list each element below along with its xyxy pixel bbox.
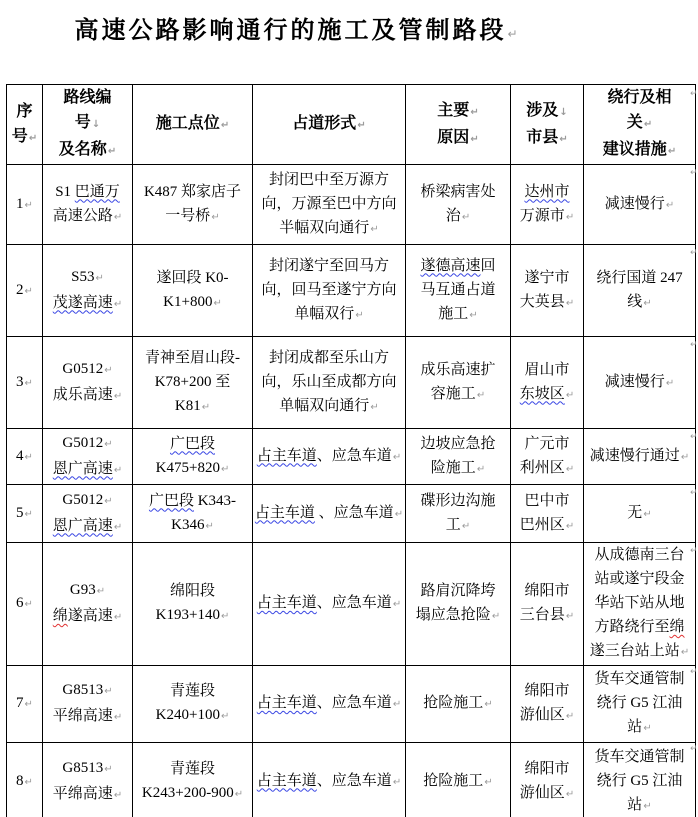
cell-end-mark: ↵ xyxy=(666,378,674,389)
cell-end-mark: ↵ xyxy=(114,465,122,476)
text-run: 涉及 xyxy=(526,102,558,119)
cell-line: K81↵ xyxy=(134,394,251,420)
cell-line: 大英县↵ xyxy=(512,290,582,316)
header-row: 序号↵路线编号↓及名称↵施工点位↵占道形式↵主要↵原因↵涉及↓市县↵绕行及相关↵… xyxy=(7,85,696,165)
text-run: G5012 xyxy=(62,492,103,508)
cell-end-mark: ↵ xyxy=(566,521,574,532)
table-cell: G8513↵平绵高速↵ xyxy=(43,743,133,817)
text-run: 路肩沉降垮 xyxy=(420,583,495,599)
text-run: 绵阳段 xyxy=(170,583,215,599)
cell-end-mark: ↵ xyxy=(104,439,112,450)
text-run: 向，回马至遂宁方向 xyxy=(261,282,396,298)
text-run: 占道形式 xyxy=(292,115,356,132)
cell-end-mark: ↵ xyxy=(357,120,365,131)
cell-line: 抢险施工↵ xyxy=(407,691,509,717)
cell-end-mark: ↵ xyxy=(25,452,33,463)
table-cell: 绵阳市三台县↵ xyxy=(511,543,584,666)
cell-end-mark: ↵ xyxy=(211,212,219,223)
cell-line: 绵阳市 xyxy=(512,679,582,703)
cell-line: 2↵ xyxy=(8,278,41,304)
cell-line: S53↵ xyxy=(44,265,131,291)
cell-end-mark: ↵ xyxy=(643,298,651,309)
cell-line: 巴州区↵ xyxy=(512,513,582,539)
cell-end-mark: ↵ xyxy=(462,521,470,532)
cell-end-mark: ↵ xyxy=(235,789,243,800)
text-run: 青神至眉山段- xyxy=(145,350,240,366)
cell-line: 5↵ xyxy=(8,501,41,527)
text-run: 绕行国道 247 xyxy=(596,270,682,286)
text-run: S53 xyxy=(71,269,94,285)
cell-line: 序 xyxy=(8,99,41,124)
text-run: 青莲段 xyxy=(170,683,215,699)
text-run: 巴中市 xyxy=(524,493,569,509)
table-cell: S53↵茂遂高速↵ xyxy=(43,245,133,337)
cell-line: 绵阳市 xyxy=(512,579,582,603)
cell-end-mark: ↵ xyxy=(643,723,651,734)
cell-line: 向，回马至遂宁方向 xyxy=(254,278,404,302)
text-run: 序 xyxy=(16,103,32,120)
table-row: 2↵S53↵茂遂高速↵遂回段 K0-K1+800↵封闭遂宁至回马方向，回马至遂宁… xyxy=(7,245,696,337)
text-run: 广元市 xyxy=(524,436,569,452)
cell-line: 绕行国道 247 xyxy=(585,266,694,290)
text-run: 眉山市 xyxy=(524,362,569,378)
text-run: 单幅双行 xyxy=(294,306,354,322)
table-cell: 封闭巴中至万源方向，万源至巴中方向半幅双向通行↵ xyxy=(253,165,406,245)
text-run: 封闭成都至乐山方 xyxy=(269,350,389,366)
cell-end-mark: ↵ xyxy=(25,777,33,788)
cell-end-mark: ↵ xyxy=(666,200,674,211)
cell-line: 封闭巴中至万源方 xyxy=(254,168,404,192)
text-run: K81 xyxy=(175,398,201,414)
cell-end-mark: ↵ xyxy=(566,390,574,401)
cell-line: 占道形式↵ xyxy=(254,111,404,138)
table-body: 1↵S1 巴通万高速公路↵K487 郑家店子一号桥↵封闭巴中至万源方向，万源至巴… xyxy=(7,165,696,817)
cell-line: 达州市 xyxy=(512,180,582,204)
text-run: 、应急车道 xyxy=(315,505,394,521)
text-run: 抢险施工 xyxy=(423,773,483,789)
cell-end-mark: ↵ xyxy=(469,310,477,321)
text-run: 无 xyxy=(627,505,642,521)
cell-line: 利州区↵ xyxy=(512,456,582,482)
cell-line: K78+200 至 xyxy=(134,370,251,394)
text-run: K78+200 至 xyxy=(155,374,231,390)
cell-line: 占主车道、应急车道↵ xyxy=(254,591,404,617)
table-cell: 路肩沉降垮塌应急抢险↵ xyxy=(406,543,511,666)
cell-line: K346↵ xyxy=(134,513,251,539)
row-end-mark: ↵ xyxy=(690,744,698,754)
text-run: 站 xyxy=(627,719,642,735)
cell-line: 绵遂高速↵ xyxy=(44,604,131,630)
table-cell: 遂回段 K0-K1+800↵ xyxy=(133,245,253,337)
cell-line: 游仙区↵ xyxy=(512,703,582,729)
table-row: 7↵G8513↵平绵高速↵青莲段K240+100↵占主车道、应急车道↵抢险施工↵… xyxy=(7,666,696,743)
cell-line: 涉及↓ xyxy=(512,98,582,125)
text-run: 碟形边沟施 xyxy=(420,493,495,509)
row-number-cell: 5↵ xyxy=(7,485,43,543)
cell-end-mark: ↵ xyxy=(393,599,401,610)
header-cell: 绕行及相关↵建议措施↵ xyxy=(584,85,696,165)
text-run: K240+100 xyxy=(156,707,220,723)
text-run: K487 郑家店子 xyxy=(144,184,241,200)
table-cell: 广元市利州区↵ xyxy=(511,429,584,485)
text-run: 减速慢行 xyxy=(605,374,665,390)
table-cell: 桥梁病害处治↵ xyxy=(406,165,511,245)
row-number-cell: 2↵ xyxy=(7,245,43,337)
cell-line: K475+820↵ xyxy=(134,456,251,482)
cell-end-mark: ↵ xyxy=(393,452,401,463)
table-cell: S1 巴通万高速公路↵ xyxy=(43,165,133,245)
row-end-mark: ↵ xyxy=(690,248,698,258)
line-break-mark: ↓ xyxy=(92,119,100,130)
table-cell: 货车交通管制绕行 G5 江油站↵ xyxy=(584,743,696,817)
cell-line: 一号桥↵ xyxy=(134,204,251,230)
cell-line: G8513↵ xyxy=(44,678,131,704)
grammar-wavy-underline: 广巴段 xyxy=(149,493,194,509)
text-run: 遂回段 K0- xyxy=(156,270,228,286)
table-cell: 成乐高速扩容施工↵ xyxy=(406,337,511,429)
cell-line: 青莲段 xyxy=(134,757,251,781)
cell-line: 占主车道、应急车道↵ xyxy=(254,444,404,470)
cell-end-mark: ↵ xyxy=(462,212,470,223)
text-run: 站 xyxy=(627,797,642,813)
cell-end-mark: ↵ xyxy=(25,509,33,520)
grammar-wavy-underline: 茂遂高速 xyxy=(53,295,113,311)
header-cell: 涉及↓市县↵ xyxy=(511,85,584,165)
text-run: 减速慢行通过 xyxy=(590,448,680,464)
cell-line: 占主车道 、应急车道↵ xyxy=(254,501,404,527)
cell-line: 减速慢行↵ xyxy=(585,192,694,218)
cell-line: 东坡区↵ xyxy=(512,382,582,408)
table-cell: 占主车道、应急车道↵ xyxy=(253,743,406,817)
text-run: 5 xyxy=(16,505,24,521)
cell-line: 施工点位↵ xyxy=(134,111,251,138)
table-cell: 减速慢行通过↵ xyxy=(584,429,696,485)
grammar-wavy-underline: 占主车道 xyxy=(257,773,317,789)
cell-end-mark: ↵ xyxy=(370,402,378,413)
cell-end-mark: ↵ xyxy=(470,134,478,145)
text-run: 半幅双向通行 xyxy=(279,220,369,236)
cell-end-mark: ↵ xyxy=(477,390,485,401)
text-run: 货车交通管制 xyxy=(594,671,684,687)
cell-line: 三台县↵ xyxy=(512,603,582,629)
table-cell: 青莲段K243+200-900↵ xyxy=(133,743,253,817)
cell-end-mark: ↵ xyxy=(104,365,112,376)
row-number-cell: 6↵ xyxy=(7,543,43,666)
cell-line: 号↵ xyxy=(8,124,41,151)
text-run: 8 xyxy=(16,773,24,789)
text-run: K346 xyxy=(171,517,204,533)
header-cell: 序号↵ xyxy=(7,85,43,165)
cell-line: 建议措施↵ xyxy=(585,137,694,164)
cell-line: 绕行 G5 江油 xyxy=(585,769,694,793)
row-number-cell: 4↵ xyxy=(7,429,43,485)
cell-line: 遂宁市 xyxy=(512,266,582,290)
row-end-mark: ↵ xyxy=(690,667,698,677)
text-run: 施工点位 xyxy=(156,115,220,132)
cell-line: 华站下站从地 xyxy=(585,591,694,615)
text-run: 游仙区 xyxy=(520,785,565,801)
text-run: G8513 xyxy=(62,682,103,698)
cell-line: 绵阳市 xyxy=(512,757,582,781)
cell-line: 遂三台站上站↵ xyxy=(585,639,694,665)
text-run: 游仙区 xyxy=(520,707,565,723)
row-number-cell: 8↵ xyxy=(7,743,43,817)
cell-end-mark: ↵ xyxy=(114,522,122,533)
document-page: 高速公路影响通行的施工及管制路段↵ 序号↵路线编号↓及名称↵施工点位↵占道形式↵… xyxy=(0,0,698,817)
table-cell: 从成德南三台站或遂宁段金华站下站从地方路绕行至绵遂三台站上站↵ xyxy=(584,543,696,666)
table-cell: G5012↵恩广高速↵ xyxy=(43,485,133,543)
text-run: 1 xyxy=(16,196,24,212)
text-run: 利州区 xyxy=(520,460,565,476)
table-cell: G5012↵恩广高速↵ xyxy=(43,429,133,485)
text-run: K1+800 xyxy=(163,294,212,310)
cell-end-mark: ↵ xyxy=(202,402,210,413)
text-run: 号 xyxy=(75,114,91,131)
text-run: 平绵高速 xyxy=(53,786,113,802)
text-run: 2 xyxy=(16,282,24,298)
cell-end-mark: ↵ xyxy=(644,119,652,130)
cell-line: 高速公路↵ xyxy=(44,204,131,230)
cell-line: 绕行 G5 江油 xyxy=(585,691,694,715)
cell-line: 站或遂宁段金 xyxy=(585,567,694,591)
cell-end-mark: ↵ xyxy=(370,224,378,235)
cell-end-mark: ↵ xyxy=(104,686,112,697)
header-cell: 路线编号↓及名称↵ xyxy=(43,85,133,165)
text-run: 关 xyxy=(627,114,643,131)
cell-line: K487 郑家店子 xyxy=(134,180,251,204)
cell-line: 市县↵ xyxy=(512,125,582,152)
text-run: 工 xyxy=(446,517,461,533)
cell-end-mark: ↵ xyxy=(213,298,221,309)
text-run: 遂三台站上站 xyxy=(590,643,680,659)
cell-line: 恩广高速↵ xyxy=(44,457,131,483)
text-run: 边坡应急抢 xyxy=(420,436,495,452)
line-break-mark: ↓ xyxy=(559,107,567,118)
table-cell: 青莲段K240+100↵ xyxy=(133,666,253,743)
grammar-wavy-underline: 东坡区 xyxy=(520,386,565,402)
cell-line: 单幅双向通行↵ xyxy=(254,394,404,420)
cell-line: 茂遂高速↵ xyxy=(44,291,131,317)
grammar-wavy-underline: 占主车道 xyxy=(255,505,315,521)
cell-end-mark: ↵ xyxy=(477,464,485,475)
cell-line: 半幅双向通行↵ xyxy=(254,216,404,242)
cell-line: 方路绕行至绵 xyxy=(585,615,694,639)
grammar-wavy-underline: 恩广高速 xyxy=(53,518,113,534)
cell-line: 马互通占道 xyxy=(407,278,509,302)
cell-end-mark: ↵ xyxy=(25,286,33,297)
spellcheck-wavy-underline: 绵 xyxy=(53,608,68,624)
cell-line: 从成德南三台 xyxy=(585,543,694,567)
text-run: 路线编 xyxy=(63,89,111,106)
cell-end-mark: ↵ xyxy=(681,452,689,463)
text-run: 治 xyxy=(446,208,461,224)
cell-end-mark: ↵ xyxy=(395,509,403,520)
text-run: 绵阳市 xyxy=(524,761,569,777)
cell-line: K240+100↵ xyxy=(134,703,251,729)
table-cell: G0512↵成乐高速↵ xyxy=(43,337,133,429)
cell-end-mark: ↵ xyxy=(104,496,112,507)
cell-line: 广巴段 K343- xyxy=(134,489,251,513)
text-run: 桥梁病害处 xyxy=(420,184,495,200)
table-cell: 减速慢行↵ xyxy=(584,337,696,429)
table-row: 6↵G93↵绵遂高速↵绵阳段K193+140↵占主车道、应急车道↵路肩沉降垮塌应… xyxy=(7,543,696,666)
table-cell: 碟形边沟施工↵ xyxy=(406,485,511,543)
row-end-mark: ↵ xyxy=(690,432,698,442)
cell-line: 治↵ xyxy=(407,204,509,230)
header-cell: 占道形式↵ xyxy=(253,85,406,165)
cell-line: 巴中市 xyxy=(512,489,582,513)
cell-line: 万源市↵ xyxy=(512,204,582,230)
text-run: 平绵高速 xyxy=(53,708,113,724)
text-run: 单幅双向通行 xyxy=(279,398,369,414)
text-run: 向，乐山至成都方向 xyxy=(261,374,396,390)
cell-end-mark: ↵ xyxy=(355,310,363,321)
text-run: 封闭巴中至万源方 xyxy=(269,172,389,188)
text-run: 成乐高速 xyxy=(53,387,113,403)
cell-line: 绵阳段 xyxy=(134,579,251,603)
cell-line: 及名称↵ xyxy=(44,137,131,164)
cell-line: K243+200-900↵ xyxy=(134,781,251,807)
cell-line: 青神至眉山段- xyxy=(134,346,251,370)
text-run: 绕行 G5 江油 xyxy=(597,695,683,711)
text-run: 6 xyxy=(16,595,24,611)
cell-line: 封闭遂宁至回马方 xyxy=(254,254,404,278)
text-run: 、应急车道 xyxy=(317,773,392,789)
text-run: G0512 xyxy=(62,361,103,377)
cell-line: 广巴段 xyxy=(134,432,251,456)
cell-line: G8513↵ xyxy=(44,756,131,782)
cell-end-mark: ↵ xyxy=(114,712,122,723)
cell-line: 8↵ xyxy=(8,769,41,795)
table-cell: K487 郑家店子一号桥↵ xyxy=(133,165,253,245)
text-run: 高速公路 xyxy=(53,208,113,224)
cell-line: 游仙区↵ xyxy=(512,781,582,807)
cell-line: 塌应急抢险↵ xyxy=(407,603,509,629)
table-cell: 占主车道、应急车道↵ xyxy=(253,543,406,666)
text-run: 向，万源至巴中方向 xyxy=(261,196,396,212)
cell-line: 占主车道、应急车道↵ xyxy=(254,769,404,795)
cell-end-mark: ↵ xyxy=(205,521,213,532)
cell-line: 3↵ xyxy=(8,370,41,396)
cell-end-mark: ↵ xyxy=(393,699,401,710)
text-run: 万源市 xyxy=(520,208,565,224)
document-title-row: 高速公路影响通行的施工及管制路段↵ xyxy=(0,10,592,45)
page-title: 高速公路影响通行的施工及管制路段 xyxy=(74,18,506,44)
table-row: 1↵S1 巴通万高速公路↵K487 郑家店子一号桥↵封闭巴中至万源方向，万源至巴… xyxy=(7,165,696,245)
paragraph-mark: ↵ xyxy=(507,27,517,41)
row-end-mark: ↵ xyxy=(690,340,698,350)
table-cell: 抢险施工↵ xyxy=(406,743,511,817)
cell-line: 7↵ xyxy=(8,691,41,717)
table-cell: 封闭成都至乐山方向，乐山至成都方向单幅双向通行↵ xyxy=(253,337,406,429)
cell-line: 抢险施工↵ xyxy=(407,769,509,795)
row-number-cell: 7↵ xyxy=(7,666,43,743)
cell-line: 平绵高速↵ xyxy=(44,704,131,730)
text-run: 号 xyxy=(12,128,28,145)
cell-line: 6↵ xyxy=(8,591,41,617)
table-header: 序号↵路线编号↓及名称↵施工点位↵占道形式↵主要↵原因↵涉及↓市县↵绕行及相关↵… xyxy=(7,85,696,165)
table-cell: 封闭遂宁至回马方向，回马至遂宁方向单幅双行↵ xyxy=(253,245,406,337)
text-run: 华站下站从地 xyxy=(594,595,684,611)
grammar-wavy-underline: 达州市 xyxy=(524,184,569,200)
text-run: 塌应急抢险 xyxy=(416,607,491,623)
cell-line: 遂回段 K0- xyxy=(134,266,251,290)
text-run: 、应急车道 xyxy=(317,595,392,611)
table-cell: 眉山市东坡区↵ xyxy=(511,337,584,429)
cell-line: 货车交通管制 xyxy=(585,667,694,691)
table-cell: 边坡应急抢险施工↵ xyxy=(406,429,511,485)
cell-end-mark: ↵ xyxy=(25,378,33,389)
cell-line: G0512↵ xyxy=(44,357,131,383)
cell-line: 线↵ xyxy=(585,290,694,316)
text-run: 建议措施 xyxy=(603,141,667,158)
text-run: 险施工 xyxy=(431,460,476,476)
cell-end-mark: ↵ xyxy=(559,134,567,145)
cell-end-mark: ↵ xyxy=(221,120,229,131)
cell-line: 青莲段 xyxy=(134,679,251,703)
table-cell: 绵阳市游仙区↵ xyxy=(511,666,584,743)
cell-line: 边坡应急抢 xyxy=(407,432,509,456)
text-run: 市县 xyxy=(526,129,558,146)
table-cell: 占主车道、应急车道↵ xyxy=(253,666,406,743)
text-run: 方路绕行至 xyxy=(594,619,669,635)
grammar-wavy-underline: 占主车道 xyxy=(257,595,317,611)
table-cell: 无↵ xyxy=(584,485,696,543)
table-cell: 广巴段K475+820↵ xyxy=(133,429,253,485)
cell-line: G5012↵ xyxy=(44,488,131,514)
cell-line: G5012↵ xyxy=(44,431,131,457)
cell-end-mark: ↵ xyxy=(643,509,651,520)
text-run: K475+820 xyxy=(156,460,220,476)
table-cell: 绵阳市游仙区↵ xyxy=(511,743,584,817)
cell-line: 险施工↵ xyxy=(407,456,509,482)
cell-end-mark: ↵ xyxy=(97,586,105,597)
grammar-wavy-underline: 遂德高速 xyxy=(420,258,480,274)
text-run: 遂高速 xyxy=(68,608,113,624)
cell-line: 路线编 xyxy=(44,85,131,110)
cell-end-mark: ↵ xyxy=(221,464,229,475)
text-run: 主要 xyxy=(437,102,469,119)
cell-line: 施工↵ xyxy=(407,302,509,328)
text-run: G8513 xyxy=(62,760,103,776)
cell-line: 向，万源至巴中方向 xyxy=(254,192,404,216)
table-cell: 货车交通管制绕行 G5 江油站↵ xyxy=(584,666,696,743)
table-cell: 遂德高速回马互通占道施工↵ xyxy=(406,245,511,337)
cell-line: K1+800↵ xyxy=(134,290,251,316)
table-cell: 巴中市巴州区↵ xyxy=(511,485,584,543)
text-run: 一号桥 xyxy=(165,208,210,224)
cell-end-mark: ↵ xyxy=(566,611,574,622)
construction-control-table: 序号↵路线编号↓及名称↵施工点位↵占道形式↵主要↵原因↵涉及↓市县↵绕行及相关↵… xyxy=(6,84,696,817)
cell-line: 绕行及相 xyxy=(585,85,694,110)
table-cell: 占主车道、应急车道↵ xyxy=(253,429,406,485)
text-run: 绕行 G5 江油 xyxy=(597,773,683,789)
cell-end-mark: ↵ xyxy=(393,777,401,788)
grammar-wavy-underline: 占主车道 xyxy=(257,695,317,711)
cell-line: 向，乐山至成都方向 xyxy=(254,370,404,394)
text-run: 、应急车道 xyxy=(317,695,392,711)
cell-line: 成乐高速↵ xyxy=(44,383,131,409)
text-run: 巴州区 xyxy=(520,517,565,533)
table-cell: 广巴段 K343-K346↵ xyxy=(133,485,253,543)
text-run: 及名称 xyxy=(59,141,107,158)
text-run: 货车交通管制 xyxy=(594,749,684,765)
text-run: 马互通占道 xyxy=(420,282,495,298)
table-row: 8↵G8513↵平绵高速↵青莲段K243+200-900↵占主车道、应急车道↵抢… xyxy=(7,743,696,817)
cell-end-mark: ↵ xyxy=(25,699,33,710)
cell-line: 遂德高速回 xyxy=(407,254,509,278)
table-cell: 绵阳段K193+140↵ xyxy=(133,543,253,666)
